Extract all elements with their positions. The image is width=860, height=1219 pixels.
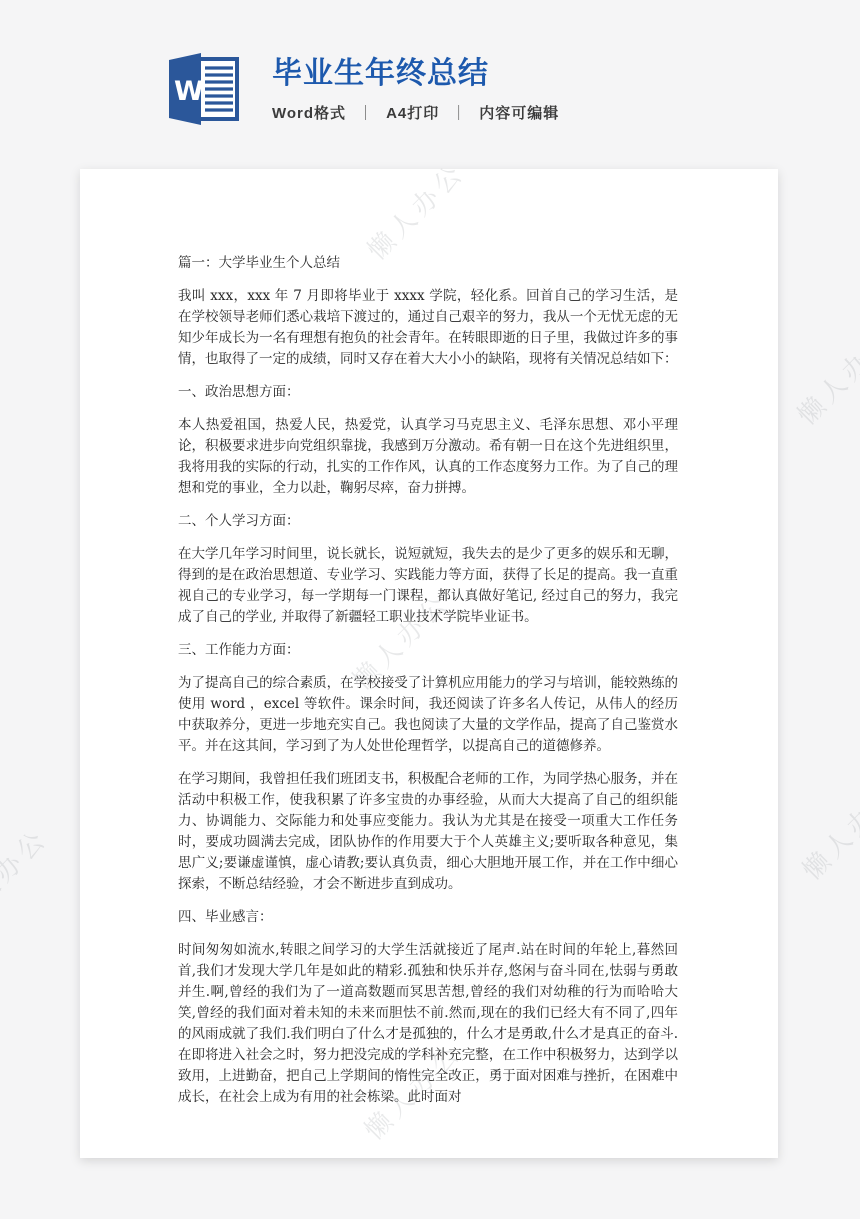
watermark: 懒人办公	[788, 318, 860, 432]
document-heading: 篇一：大学毕业生个人总结	[178, 253, 678, 274]
header: W 毕业生年终总结 Word格式 ｜ A4打印 ｜ 内容可编辑	[0, 0, 860, 169]
document-heading: 四、毕业感言：	[178, 907, 678, 928]
document-paragraph: 在大学几年学习时间里，说长就长，说短就短，我失去的是少了更多的娱乐和无聊，得到的…	[178, 544, 678, 628]
document-heading: 三、工作能力方面：	[178, 640, 678, 661]
word-icon-page-lines	[205, 68, 233, 110]
word-file-icon: W	[163, 51, 243, 127]
header-text: 毕业生年终总结 Word格式 ｜ A4打印 ｜ 内容可编辑	[272, 55, 559, 123]
document-title: 毕业生年终总结	[272, 55, 559, 93]
document-subtitle: Word格式 ｜ A4打印 ｜ 内容可编辑	[272, 102, 559, 123]
subtitle-separator: ｜	[358, 102, 374, 123]
subtitle-format-badge: Word格式	[272, 102, 346, 123]
document-heading: 一、政治思想方面：	[178, 382, 678, 403]
document-heading: 二、个人学习方面：	[178, 511, 678, 532]
document-paragraph: 我叫 xxx，xxx 年 7 月即将毕业于 xxxx 学院，轻化系。回首自己的学…	[178, 286, 678, 370]
document-preview-page: 篇一：大学毕业生个人总结我叫 xxx，xxx 年 7 月即将毕业于 xxxx 学…	[80, 169, 778, 1158]
document-paragraph: 时间匆匆如流水,转眼之间学习的大学生活就接近了尾声.站在时间的年轮上,暮然回首,…	[178, 940, 678, 1108]
document-paragraph: 为了提高自己的综合素质，在学校接受了计算机应用能力的学习与培训，能较熟练的使用 …	[178, 673, 678, 757]
watermark: 懒人办公	[793, 773, 860, 887]
subtitle-separator: ｜	[451, 102, 467, 123]
subtitle-print-badge: A4打印	[386, 102, 439, 123]
document-blocks: 篇一：大学毕业生个人总结我叫 xxx，xxx 年 7 月即将毕业于 xxxx 学…	[80, 169, 778, 1108]
subtitle-editable-badge: 内容可编辑	[479, 102, 559, 123]
document-paragraph: 本人热爱祖国，热爱人民，热爱党，认真学习马克思主义、毛泽东思想、邓小平理论，积极…	[178, 415, 678, 499]
word-icon-letter: W	[174, 76, 204, 107]
watermark: 懒人办公	[0, 819, 55, 933]
document-paragraph: 在学习期间，我曾担任我们班团支书，积极配合老师的工作，为同学热心服务，并在活动中…	[178, 769, 678, 895]
page-canvas: { "header": { "title": "毕业生年终总结", "icon_…	[0, 0, 860, 1219]
